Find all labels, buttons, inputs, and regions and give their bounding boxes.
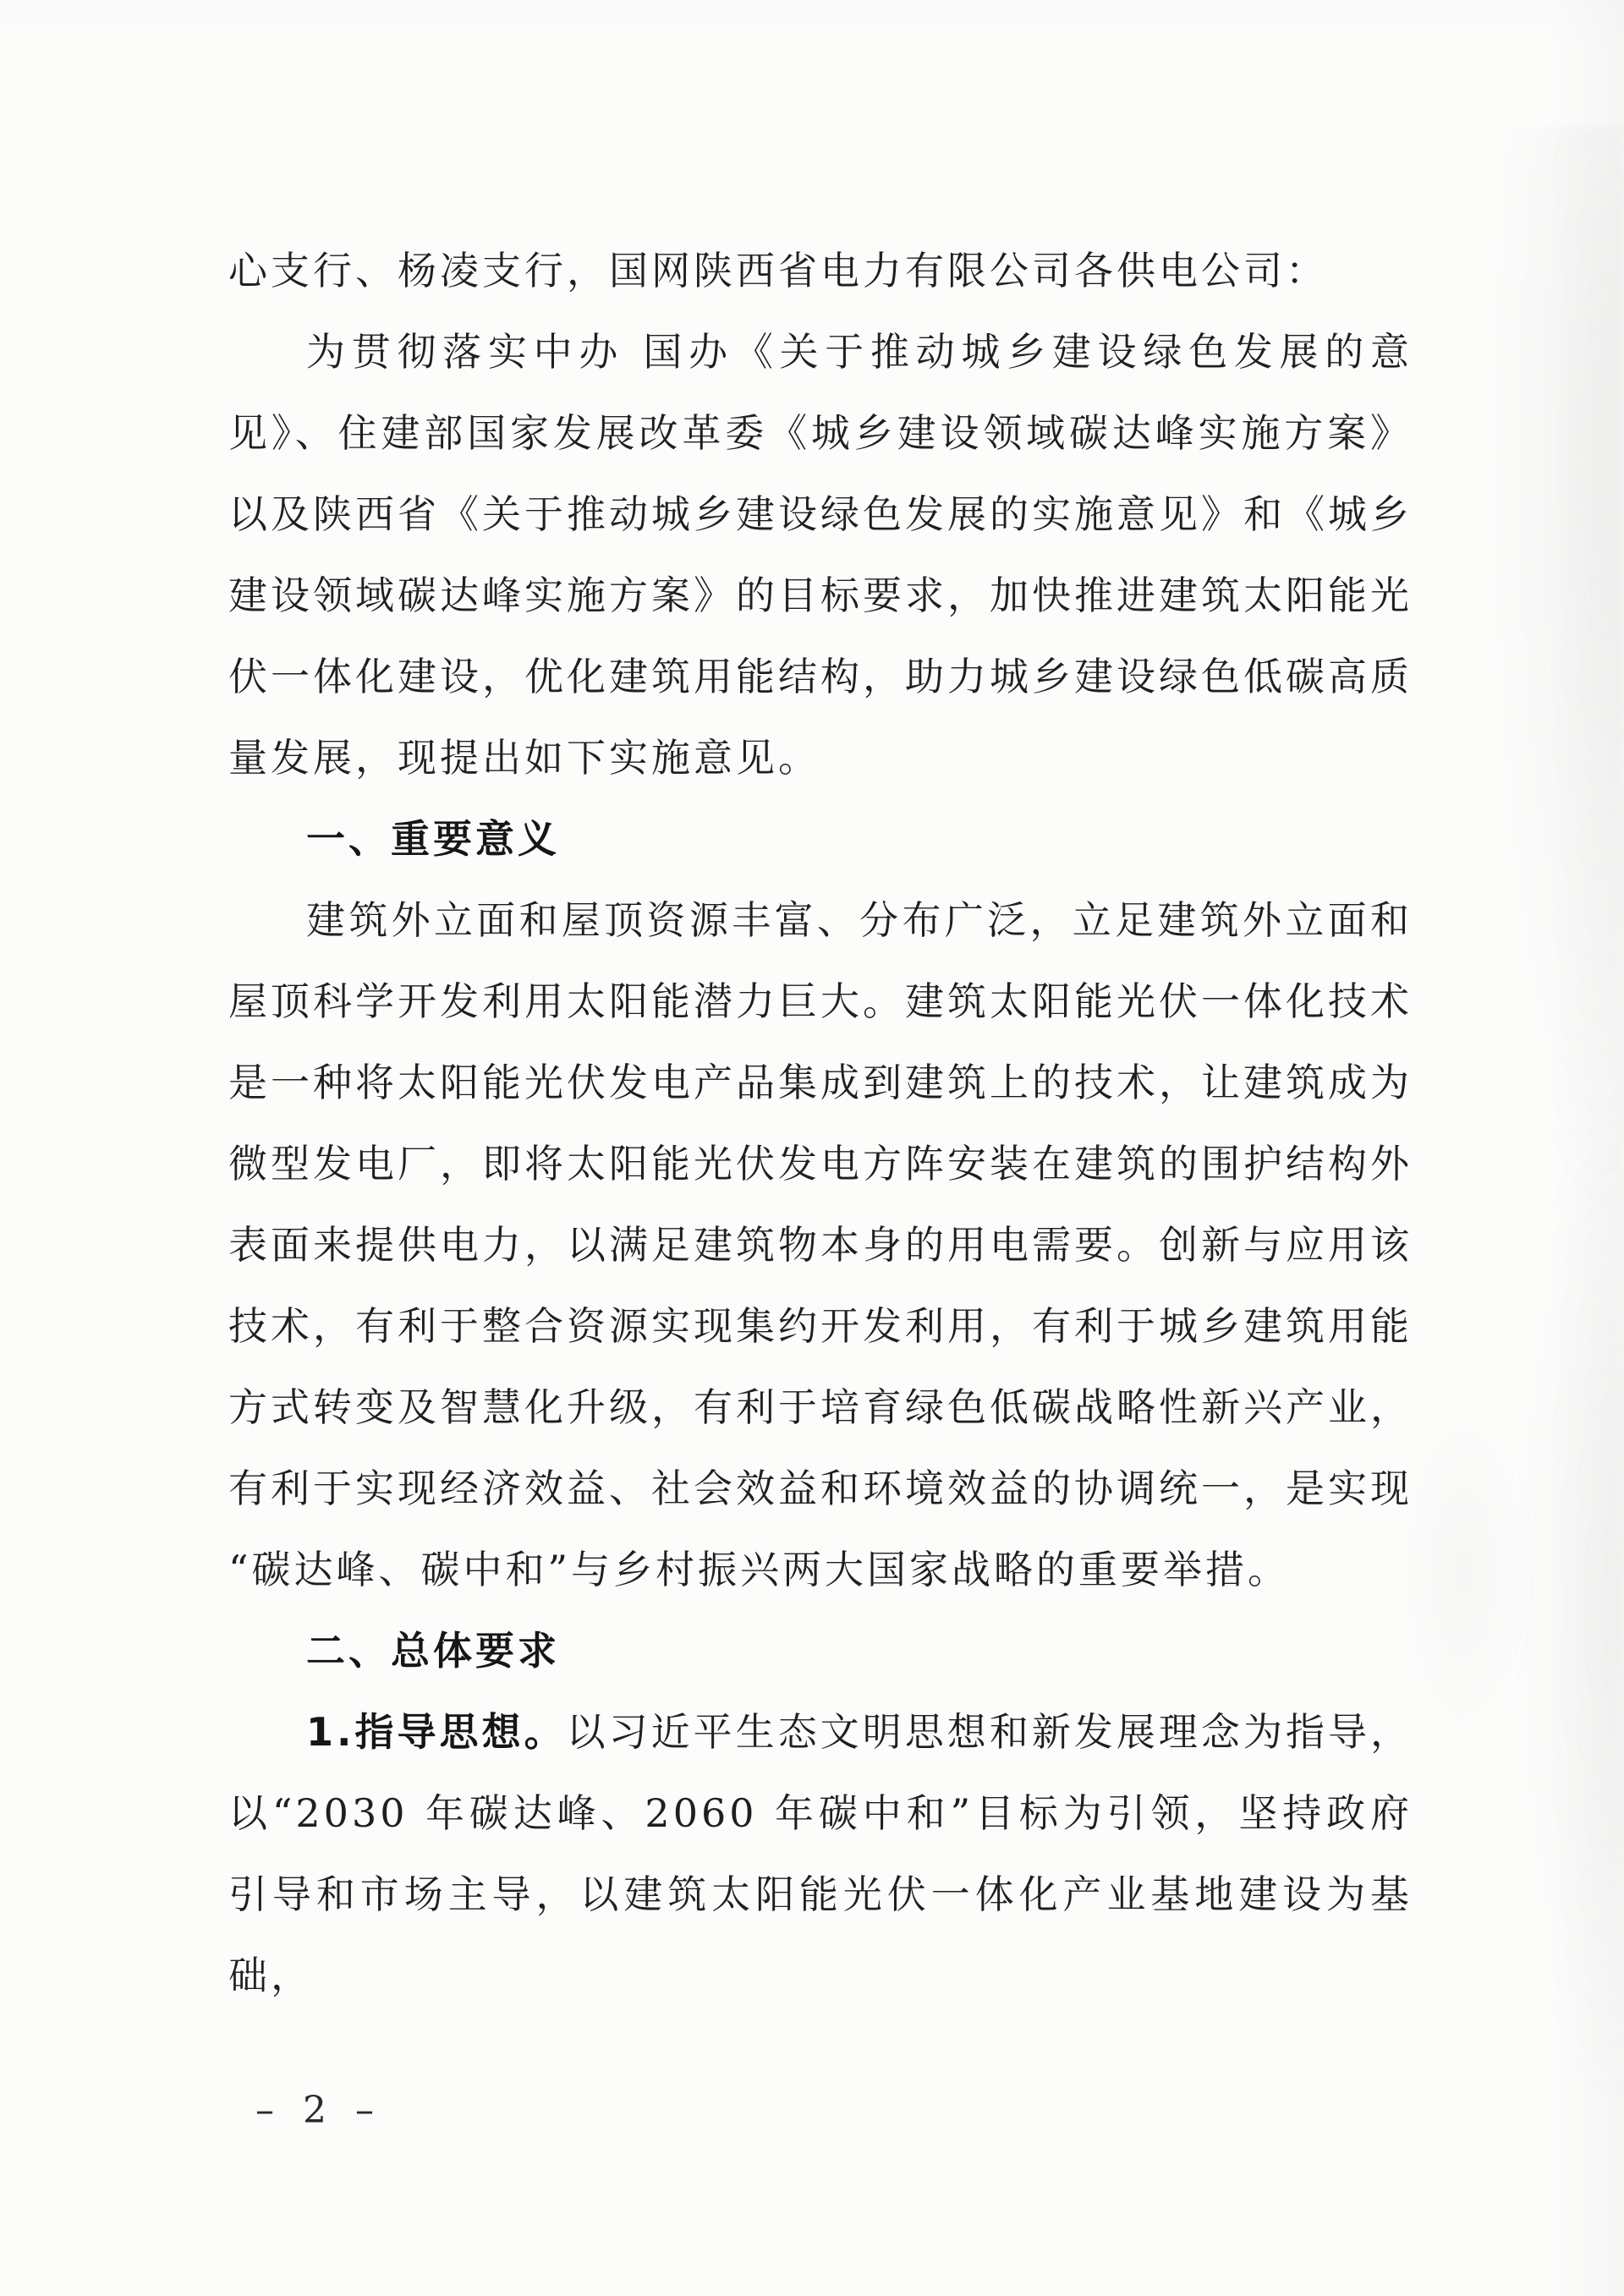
scan-artifact [1506, 1099, 1624, 2114]
section-1-heading: 一、重要意义 [228, 798, 1413, 879]
guiding-ideology-label: 1.指导思想。 [306, 1709, 567, 1755]
intro-paragraph: 为贯彻落实中办 国办《关于推动城乡建设绿色发展的意见》、住建部国家发展改革委《城… [228, 311, 1413, 798]
scan-artifact [1480, 127, 1624, 1226]
document-body: 心支行、杨凌支行，国网陕西省电力有限公司各供电公司： 为贯彻落实中办 国办《关于… [228, 230, 1413, 2016]
section-1-body: 建筑外立面和屋顶资源丰富、分布广泛，立足建筑外立面和屋顶科学开发利用太阳能潜力巨… [228, 879, 1413, 1610]
section-2-heading: 二、总体要求 [228, 1610, 1413, 1691]
page-number: – 2 – [255, 2070, 382, 2151]
scanned-document-page: 心支行、杨凌支行，国网陕西省电力有限公司各供电公司： 为贯彻落实中办 国办《关于… [0, 0, 1624, 2296]
scan-artifact [1396, 1395, 1531, 1751]
guiding-ideology-paragraph: 1.指导思想。以习近平生态文明思想和新发展理念为指导，以“2030 年碳达峰、2… [228, 1691, 1413, 2016]
addressee-line: 心支行、杨凌支行，国网陕西省电力有限公司各供电公司： [228, 230, 1413, 311]
